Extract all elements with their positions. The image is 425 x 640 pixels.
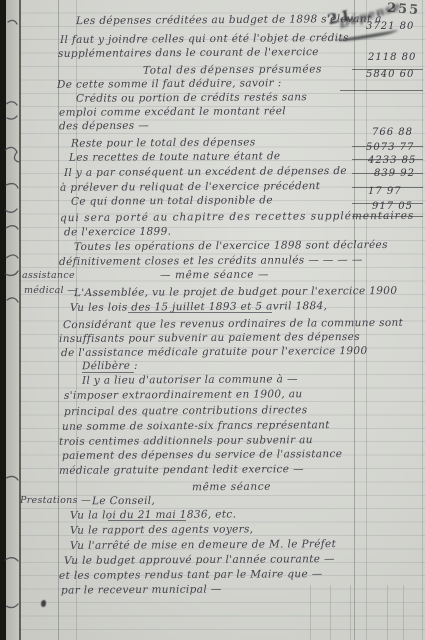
body-line: Vu l'arrêté de mise en demeure de M. le …	[70, 538, 336, 552]
bottom-grid-rule	[350, 585, 351, 640]
body-line: Il y a par conséquent un excédent de dép…	[64, 165, 347, 179]
amount-value: 4233 85	[368, 155, 416, 166]
body-line: s'imposer extraordinairement en 1900, au	[64, 388, 303, 402]
amount-separator	[352, 187, 423, 188]
body-line: Crédits ou portion de crédits restés san…	[76, 91, 307, 105]
margin-note: médical —	[24, 285, 77, 296]
body-line: Ce qui donne un total disponible de	[71, 194, 273, 207]
amount-value: 766 88	[372, 127, 413, 138]
margin-note: assistance	[22, 270, 75, 281]
amount-value: 2118 80	[368, 52, 416, 63]
body-line: De cette somme il faut déduire, savoir :	[57, 77, 282, 91]
scanned-ledger-page: 255 Dépense 2 L assistance médical — Pre…	[0, 0, 425, 640]
body-line: Les dépenses créditées au budget de 1898…	[76, 13, 382, 27]
body-line: Reste pour le total des dépenses	[71, 136, 256, 149]
body-line: définitivement closes et les crédits ann…	[59, 254, 363, 268]
body-line: une somme de soixante-six francs représe…	[62, 419, 330, 433]
amount-value: 5073 77	[366, 142, 414, 153]
body-line: Vu le rapport des agents voyers,	[70, 523, 254, 536]
body-line: Les recettes de toute nature étant de	[69, 150, 281, 163]
amount-separator	[352, 159, 423, 160]
bottom-grid-rule	[310, 585, 311, 640]
body-line: à prélever du reliquat de l'exercice pré…	[60, 180, 320, 194]
bottom-grid-rule	[330, 585, 331, 640]
date-underline	[128, 312, 272, 313]
page-right-rule	[422, 0, 423, 640]
amount-value: 3721 80	[366, 21, 414, 32]
body-line: par le receveur municipal —	[61, 583, 222, 596]
body-line: Toutes les opérations de l'exercice 1898…	[74, 239, 388, 253]
amount-value: 5840 60	[366, 69, 414, 80]
body-line: Vu le budget approuvé pour l'année coura…	[64, 553, 335, 567]
body-line: Total des dépenses présumées	[143, 63, 322, 76]
body-line: de l'assistance médicale gratuite pour l…	[61, 345, 368, 359]
body-line: trois centimes additionnels pour subveni…	[59, 434, 313, 448]
amount-separator	[352, 146, 423, 147]
body-line: emploi comme excédant le montant réel	[59, 105, 286, 119]
bottom-grid-rule	[387, 585, 388, 640]
date-underline	[108, 520, 186, 521]
deliberation-underline	[82, 372, 134, 373]
gutter-ink-marks	[4, 0, 20, 640]
body-line: — même séance —	[160, 269, 269, 282]
amount-separator	[352, 216, 423, 217]
body-line: Considérant que les revenus ordinaires d…	[63, 317, 403, 331]
amount-separator	[352, 69, 423, 70]
amount-separator	[352, 173, 423, 174]
amount-separator	[352, 203, 423, 204]
body-line: insuffisants pour subvenir au paiement d…	[59, 331, 360, 345]
body-line: de l'exercice 1899.	[64, 226, 171, 239]
gutter-rule	[19, 0, 21, 640]
body-line: principal des quatre contributions direc…	[64, 404, 308, 418]
body-line: supplémentaires dans le courant de l'exe…	[58, 46, 319, 60]
body-line: médicale gratuite pendant ledit exercice…	[59, 463, 304, 477]
body-line: Il faut y joindre celles qui ont été l'o…	[60, 32, 349, 46]
margin-rule	[58, 0, 59, 640]
body-line: même séance	[192, 481, 271, 494]
body-line: qui sera porté au chapitre des recettes …	[60, 210, 414, 224]
body-line: L'Assemblée, vu le projet de budget pour…	[74, 285, 397, 299]
amount-separator	[340, 90, 423, 91]
body-line: Le Conseil,	[92, 495, 155, 507]
body-line: Il y a lieu d'autoriser la commune à —	[82, 373, 298, 387]
body-line: des dépenses —	[59, 120, 149, 133]
body-line: et les comptes rendus tant par le Maire …	[59, 568, 323, 582]
margin-note: Prestations —	[20, 495, 91, 506]
body-line: paiement des dépenses du service de l'as…	[62, 448, 342, 462]
bottom-grid-rule	[403, 585, 404, 640]
body-line: Délibère :	[82, 360, 138, 372]
